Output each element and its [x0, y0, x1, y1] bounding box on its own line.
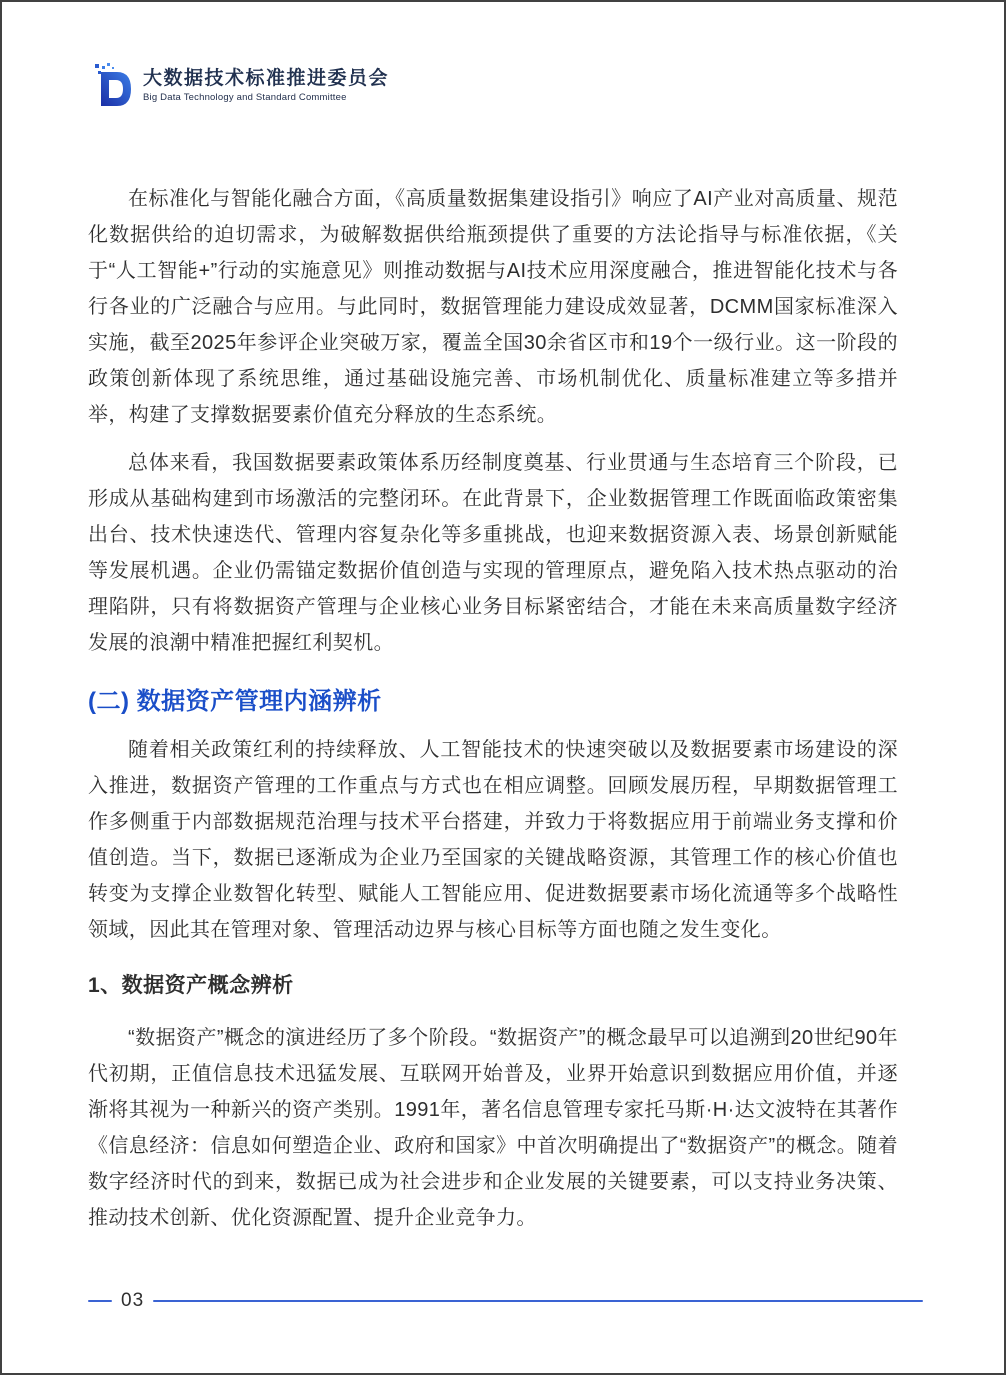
page-number: 03 — [121, 1291, 144, 1311]
document-body: 在标准化与智能化融合方面，《高质量数据集建设指引》响应了AI产业对高质量、规范化… — [88, 181, 898, 1248]
committee-logo: 大数据技术标准推进委员会 Big Data Technology and Sta… — [94, 62, 389, 110]
logo-title-cn: 大数据技术标准推进委员会 — [143, 68, 389, 90]
document-page: 大数据技术标准推进委员会 Big Data Technology and Sta… — [0, 0, 1006, 1375]
section-heading-data-asset-management: (二) 数据资产管理内涵辨析 — [88, 687, 898, 717]
paragraph-data-asset-concept-history: “数据资产”概念的演进经历了多个阶段。“数据资产”的概念最早可以追溯到20世纪9… — [88, 1020, 898, 1236]
footer-rule-left — [88, 1300, 112, 1302]
page-footer: 03 — [88, 1291, 923, 1311]
subsection-heading-data-asset-concept: 1、数据资产概念辨析 — [88, 972, 898, 1000]
paragraph-policy-standardization: 在标准化与智能化融合方面，《高质量数据集建设指引》响应了AI产业对高质量、规范化… — [88, 181, 898, 433]
paragraph-overall-summary: 总体来看，我国数据要素政策体系历经制度奠基、行业贯通与生态培育三个阶段，已形成从… — [88, 445, 898, 661]
logo-text: 大数据技术标准推进委员会 Big Data Technology and Sta… — [143, 68, 389, 104]
pixel-d-logo-icon — [94, 62, 134, 110]
paragraph-policy-dividends: 随着相关政策红利的持续释放、人工智能技术的快速突破以及数据要素市场建设的深入推进… — [88, 732, 898, 948]
logo-title-en: Big Data Technology and Standard Committ… — [143, 92, 389, 104]
footer-rule-right — [153, 1300, 923, 1302]
